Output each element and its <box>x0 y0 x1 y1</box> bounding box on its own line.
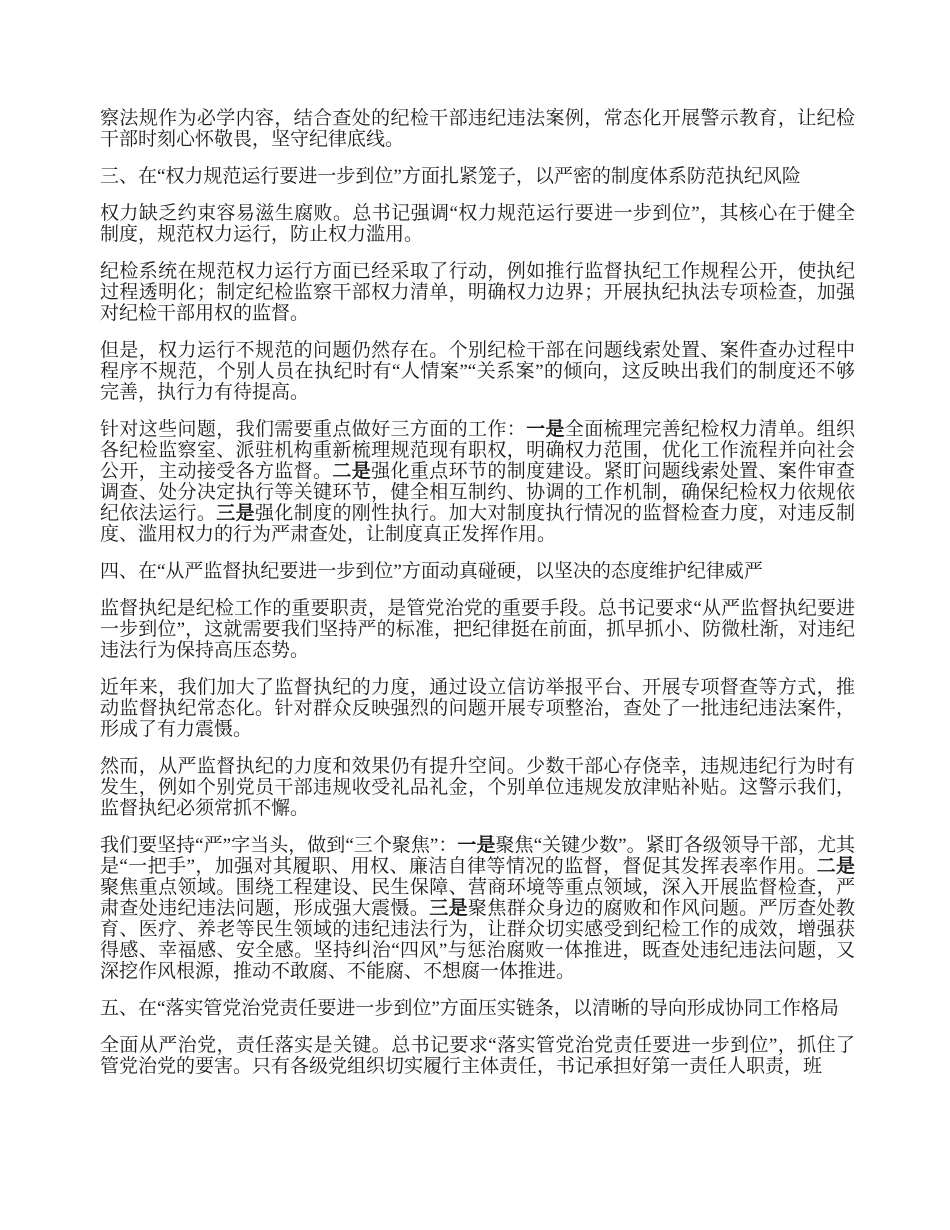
document-page: 察法规作为必学内容，结合查处的纪检干部违纪违法案例，常态化开展警示教育，让纪检干… <box>0 0 950 1230</box>
section-heading: 五、在“落实管党治党责任要进一步到位”方面压实链条，以清晰的导向形成协同工作格局 <box>100 998 855 1019</box>
body-paragraph: 全面从严治党，责任落实是关键。总书记要求“落实管党治党责任要进一步到位”，抓住了… <box>100 1035 855 1077</box>
body-paragraph: 近年来，我们加大了监督执纪的力度，通过设立信访举报平台、开展专项督查等方式，推动… <box>100 677 855 740</box>
bold-run: 三是 <box>429 898 468 919</box>
body-paragraph: 监督执纪是纪检工作的重要职责，是管党治党的重要手段。总书记要求“从严监督执纪要进… <box>100 598 855 661</box>
body-paragraph: 纪检系统在规范权力运行方面已经采取了行动，例如推行监督执纪工作规程公开，使执纪过… <box>100 261 855 324</box>
body-paragraph: 察法规作为必学内容，结合查处的纪检干部违纪违法案例，常态化开展警示教育，让纪检干… <box>100 108 855 150</box>
body-paragraph: 针对这些问题，我们需要重点做好三方面的工作：一是全面梳理完善纪检权力清单。组织各… <box>100 419 855 545</box>
bold-run: 二是 <box>817 856 855 877</box>
document-content: 察法规作为必学内容，结合查处的纪检干部违纪违法案例，常态化开展警示教育，让纪检干… <box>100 108 855 1077</box>
bold-run: 二是 <box>332 461 371 482</box>
body-paragraph: 但是，权力运行不规范的问题仍然存在。个别纪检干部在问题线索处置、案件查办过程中程… <box>100 340 855 403</box>
body-paragraph: 权力缺乏约束容易滋生腐败。总书记强调“权力规范运行要进一步到位”，其核心在于健全… <box>100 203 855 245</box>
bold-run: 一是 <box>457 835 495 856</box>
bold-run: 三是 <box>216 503 255 524</box>
section-heading: 四、在“从严监督执纪要进一步到位”方面动真碰硬，以坚决的态度维护纪律威严 <box>100 561 855 582</box>
body-paragraph: 我们要坚持“严”字当头，做到“三个聚焦”：一是聚焦“关键少数”。紧盯各级领导干部… <box>100 835 855 982</box>
body-paragraph: 然而，从严监督执纪的力度和效果仍有提升空间。少数干部心存侥幸，违规违纪行为时有发… <box>100 756 855 819</box>
bold-run: 一是 <box>526 419 565 440</box>
section-heading: 三、在“权力规范运行要进一步到位”方面扎紧笼子，以严密的制度体系防范执纪风险 <box>100 166 855 187</box>
